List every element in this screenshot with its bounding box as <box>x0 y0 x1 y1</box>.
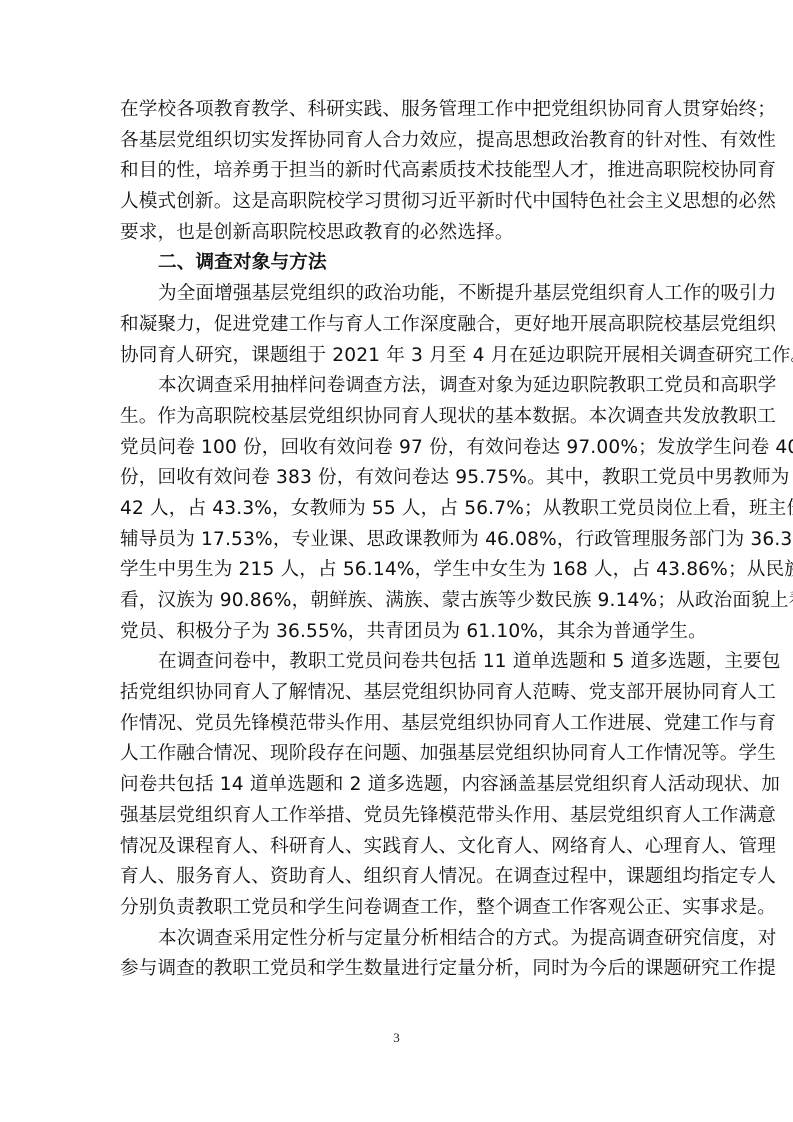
paragraph-line: 强基层党组织育人工作举措、党员先锋模范带头作用、基层党组织育人工作满意 <box>120 801 680 832</box>
paragraph-line: 本次调查采用抽样问卷调查方法，调查对象为延边职院教职工党员和高职学 <box>120 371 680 402</box>
paragraph-line: 看，汉族为 90.86%，朝鲜族、满族、蒙古族等少数民族 9.14%；从政治面貌… <box>120 586 680 617</box>
paragraph-line: 育人、服务育人、资助育人、组织育人情况。在调查过程中，课题组均指定专人 <box>120 862 680 893</box>
paragraph-analysis-method: 本次调查采用定性分析与定量分析相结合的方式。为提高调查研究信度，对 参与调查的教… <box>120 924 680 985</box>
paragraph-line: 人模式创新。这是高职院校学习贯彻习近平新时代中国特色社会主义思想的必然 <box>120 187 680 218</box>
paragraph-line: 和目的性，培养勇于担当的新时代高素质技术技能型人才，推进高职院校协同育 <box>120 156 680 187</box>
paragraph-line: 生。作为高职院校基层党组织协同育人现状的基本数据。本次调查共发放教职工 <box>120 402 680 433</box>
paragraph-line: 作情况、党员先锋模范带头作用、基层党组织协同育人工作进展、党建工作与育 <box>120 709 680 740</box>
paragraph-line: 党员问卷 100 份，回收有效问卷 97 份，有效问卷达 97.00%；发放学生… <box>120 433 680 464</box>
paragraph-line: 括党组织协同育人了解情况、基层党组织协同育人范畴、党支部开展协同育人工 <box>120 678 680 709</box>
paragraph-line: 42 人，占 43.3%，女教师为 55 人，占 56.7%；从教职工党员岗位上… <box>120 494 680 525</box>
paragraph-line: 问卷共包括 14 道单选题和 2 道多选题，内容涵盖基层党组织育人活动现状、加 <box>120 770 680 801</box>
paragraph-line: 分别负责教职工党员和学生问卷调查工作，整个调查工作客观公正、实事求是。 <box>120 893 680 924</box>
paragraph-line: 在调查问卷中，教职工党员问卷共包括 11 道单选题和 5 道多选题，主要包 <box>120 647 680 678</box>
paragraph-line: 份，回收有效问卷 383 份，有效问卷达 95.75%。其中，教职工党员中男教师… <box>120 463 680 494</box>
page-number: 3 <box>0 1030 793 1046</box>
paragraph-line: 参与调查的教职工党员和学生数量进行定量分析，同时为今后的课题研究工作提 <box>120 954 680 985</box>
section-heading: 二、调查对象与方法 <box>120 248 680 279</box>
paragraph-background: 为全面增强基层党组织的政治功能，不断提升基层党组织育人工作的吸引力 和凝聚力，促… <box>120 279 680 371</box>
paragraph-line: 要求，也是创新高职院校思政教育的必然选择。 <box>120 218 680 249</box>
paragraph-questionnaire: 在调查问卷中，教职工党员问卷共包括 11 道单选题和 5 道多选题，主要包 括党… <box>120 647 680 923</box>
document-page: 在学校各项教育教学、科研实践、服务管理工作中把党组织协同育人贯穿始终； 各基层党… <box>120 95 680 985</box>
paragraph-line: 辅导员为 17.53%，专业课、思政课教师为 46.08%，行政管理服务部门为 … <box>120 525 680 556</box>
paragraph-line: 本次调查采用定性分析与定量分析相结合的方式。为提高调查研究信度，对 <box>120 924 680 955</box>
paragraph-line: 和凝聚力，促进党建工作与育人工作深度融合，更好地开展高职院校基层党组织 <box>120 310 680 341</box>
paragraph-line: 各基层党组织切实发挥协同育人合力效应，提高思想政治教育的针对性、有效性 <box>120 126 680 157</box>
paragraph-line: 人工作融合情况、现阶段存在问题、加强基层党组织协同育人工作情况等。学生 <box>120 739 680 770</box>
paragraph-line: 协同育人研究，课题组于 2021 年 3 月至 4 月在延边职院开展相关调查研究… <box>120 341 680 372</box>
paragraph-line: 党员、积极分子为 36.55%，共青团员为 61.10%，其余为普通学生。 <box>120 617 680 648</box>
paragraph-line: 为全面增强基层党组织的政治功能，不断提升基层党组织育人工作的吸引力 <box>120 279 680 310</box>
paragraph-line: 情况及课程育人、科研育人、实践育人、文化育人、网络育人、心理育人、管理 <box>120 832 680 863</box>
paragraph-survey-method: 本次调查采用抽样问卷调查方法，调查对象为延边职院教职工党员和高职学 生。作为高职… <box>120 371 680 647</box>
paragraph-line: 学生中男生为 215 人，占 56.14%，学生中女生为 168 人，占 43.… <box>120 555 680 586</box>
paragraph-line: 在学校各项教育教学、科研实践、服务管理工作中把党组织协同育人贯穿始终； <box>120 95 680 126</box>
